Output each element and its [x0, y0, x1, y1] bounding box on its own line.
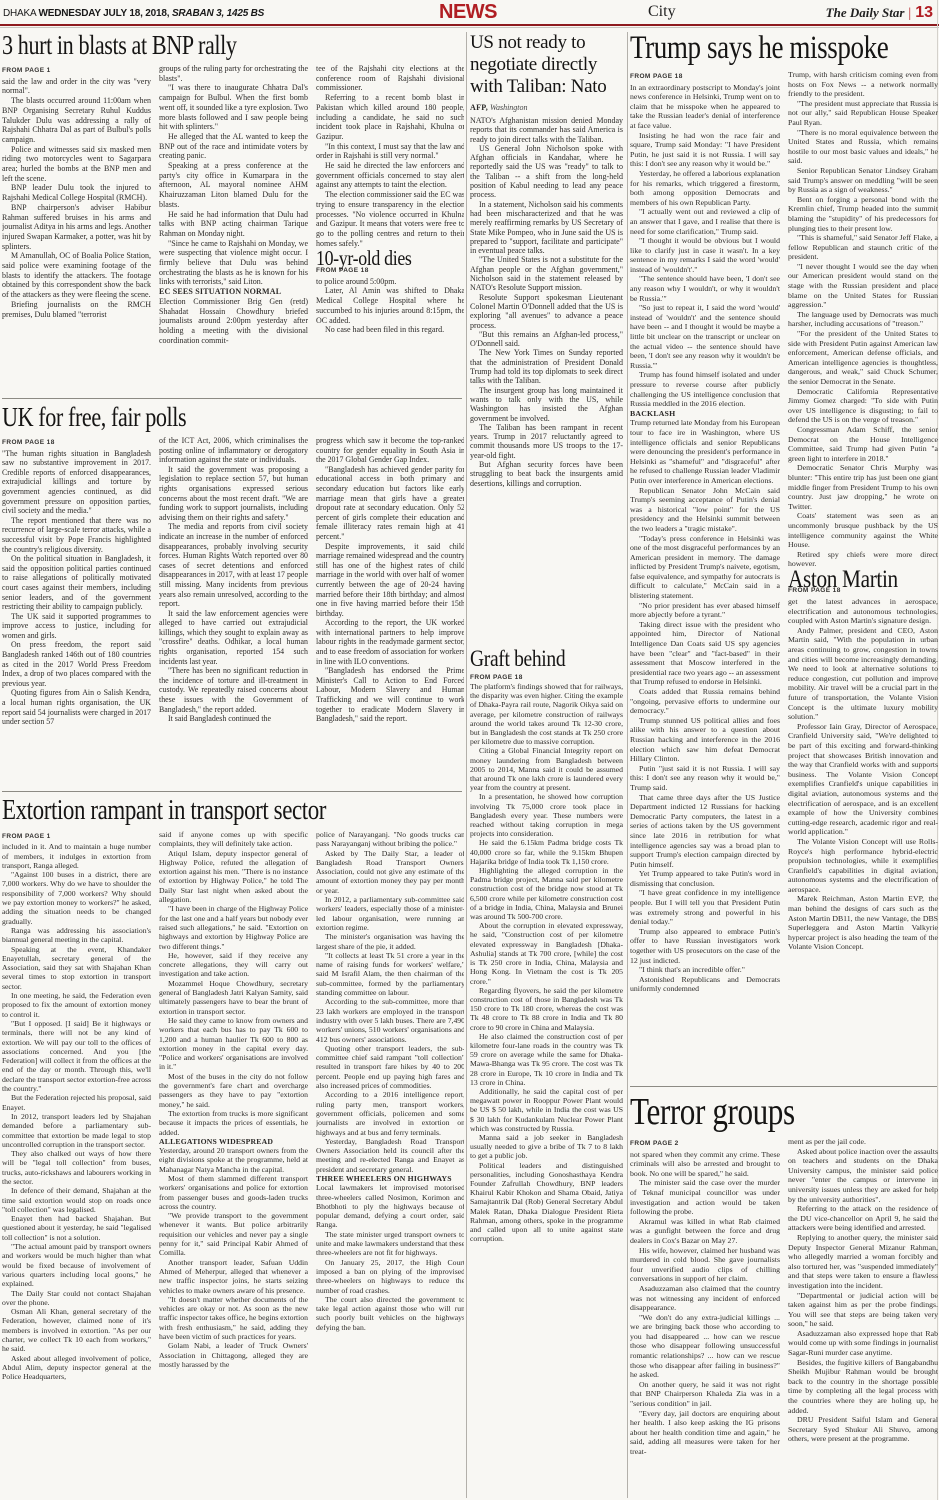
- column-text: NATO's Afghanistan mission denied Monday…: [470, 116, 623, 488]
- paragraph: Trump, with harsh criticism coming even …: [788, 70, 938, 99]
- column-text: included in it. And to maintain a huge n…: [2, 842, 151, 1381]
- article-terror-headline: Terror groups: [630, 1090, 883, 1134]
- paragraph: In a presentation, he showed how corrupt…: [470, 792, 623, 838]
- paragraph: to police around 5:00pm.: [316, 277, 464, 287]
- column: FROM PAGE 1 said the law and order in th…: [2, 64, 151, 345]
- article-divider: [630, 1086, 937, 1087]
- article-aston-headline: Aston Martin: [788, 575, 916, 585]
- gray-rule: [0, 27, 939, 28]
- column-text: not spared when they commit any crime. T…: [630, 1150, 780, 1457]
- paragraph: He said they came to know from owners an…: [159, 1016, 308, 1072]
- paragraph: Election Commissioner Brig Gen (retd) Sh…: [159, 297, 308, 346]
- paragraph: It said the government was proposing a l…: [159, 465, 308, 523]
- paragraph: "The United States is not a substitute f…: [470, 255, 623, 292]
- dateline: DHAKA WEDNESDAY JULY 18, 2018, SRABAN 3,…: [3, 8, 264, 19]
- paragraph: Manna said a job seeker in Bangladesh us…: [470, 1133, 623, 1161]
- column: FROM PAGE 1 included in it. And to maint…: [2, 830, 151, 1382]
- paragraph: About the corruption in elevated express…: [470, 921, 623, 985]
- paragraph: Yesterday, Bangladesh Road Transport Own…: [316, 1137, 464, 1174]
- paragraph: Besides, the fugitive killers of Bangaba…: [788, 1358, 938, 1416]
- column: said if anyone comes up with specific co…: [159, 830, 308, 1382]
- paragraph: He, however, said if they receive any co…: [159, 951, 308, 979]
- paragraph: Andy Palmer, president and CEO, Aston Ma…: [788, 626, 938, 722]
- column: groups of the ruling party for orchestra…: [159, 64, 308, 345]
- paragraph: Golam Nabi, a leader of Truck Owners' As…: [159, 1341, 308, 1369]
- paragraph: Ranga was addressing his association's b…: [2, 926, 151, 945]
- subsection-label: City: [643, 3, 681, 21]
- paragraph: Astonished Republicans and Democrats uni…: [630, 975, 780, 994]
- masthead-separator: |: [908, 6, 911, 21]
- article-divider: [2, 398, 462, 399]
- paragraph: The court also directed the government t…: [316, 1295, 464, 1332]
- paragraph: The New York Times on Sunday reported th…: [470, 348, 623, 385]
- paragraph: Asaduzzaman also expressed hope that Rab…: [788, 1329, 938, 1358]
- paragraph: "I never thought I would see the day whe…: [788, 262, 938, 310]
- paragraph: Democratic Senator Chris Murphy was blun…: [788, 463, 938, 511]
- column-text: get the latest advances in aerospace, el…: [788, 597, 938, 952]
- paragraph: In one meeting, he said, the Federation …: [2, 991, 151, 1019]
- column: tee of the Rajshahi city elections at th…: [316, 64, 464, 345]
- article-nato-headline: US not ready to negotiate directly with …: [470, 32, 624, 98]
- paragraph: Coats' statement was seen as an uncommon…: [788, 511, 938, 549]
- red-rule: [0, 24, 939, 26]
- paragraph: Senior Republican Senator Lindsey Graham…: [788, 166, 938, 195]
- byline-agency: AFP,: [470, 103, 488, 112]
- paragraph: M Amanullah, OC of Boalia Police Station…: [2, 251, 151, 300]
- paragraph: "I was there to inaugurate Chhatra Dal's…: [159, 83, 308, 132]
- paragraph: Trump also appeared to embrace Putin's o…: [630, 927, 780, 965]
- paragraph: "So just to repeat it, I said the word '…: [630, 303, 780, 370]
- article-extortion-columns: FROM PAGE 1 included in it. And to maint…: [2, 830, 464, 1382]
- paragraph: get the latest advances in aerospace, el…: [788, 597, 938, 626]
- paragraph: "For the president of the United States …: [788, 329, 938, 387]
- from-page-label: FROM PAGE 1: [2, 832, 151, 841]
- column: Trump, with harsh criticism coming even …: [788, 70, 938, 994]
- paragraph: "This is shameful," said Senator Jeff Fl…: [788, 233, 938, 262]
- paragraph: Congressman Adam Schiff, the senior Demo…: [788, 425, 938, 463]
- page-number: 13: [915, 4, 933, 21]
- paragraph: But the Federation rejected his proposal…: [2, 1093, 151, 1112]
- paragraph: According to the report, the UK worked w…: [316, 618, 464, 666]
- column-text: said the law and order in the city was "…: [2, 77, 151, 320]
- column-text: Trump, with harsh criticism coming even …: [788, 70, 938, 569]
- paragraph: Atiqul Islam, deputy inspector general o…: [159, 849, 308, 905]
- from-page-label: FROM PAGE 1: [2, 66, 151, 76]
- paragraph: "But this remains an Afghan-led process,…: [470, 330, 623, 349]
- paragraph: Police and witnesses said six masked men…: [2, 145, 151, 184]
- column-text: progress which saw it become the top-ran…: [316, 436, 464, 724]
- paragraph: The Taliban has been rampant in recent y…: [470, 423, 623, 460]
- paragraph: Regarding flyovers, he said the per kilo…: [470, 986, 623, 1032]
- paragraph: Trump stunned US political allies and fo…: [630, 716, 780, 764]
- paragraph: Democratic California Representative Jim…: [788, 387, 938, 425]
- paragraph: The election commissioner said the EC wa…: [316, 190, 464, 248]
- paragraph: The report mentioned that there was no r…: [2, 516, 151, 554]
- paragraph: "I have great confidence in my intellige…: [630, 888, 780, 926]
- paragraph: But Afghan security forces have been str…: [470, 460, 623, 488]
- paragraph: No case had been filed in this regard.: [316, 325, 464, 335]
- paragraph: In defence of their demand, Shajahan at …: [2, 1186, 151, 1214]
- paragraph: Local lawmakers let improvised motorised…: [316, 1183, 464, 1229]
- paragraph: Asked about police inaction over the ass…: [788, 1147, 938, 1205]
- paragraph: Enayet then had backed Shajahan. But que…: [2, 1214, 151, 1242]
- paragraph: Putin "just said it is not Russia. I wil…: [630, 764, 780, 793]
- column: ment as per the jail code.Asked about po…: [788, 1137, 938, 1457]
- paragraph: "I actually went out and reviewed a clip…: [630, 207, 780, 236]
- paragraph: The minister said the case over the murd…: [630, 1178, 780, 1216]
- paragraph: BACKLASH: [630, 409, 780, 419]
- paragraph: "The president must appreciate that Russ…: [788, 99, 938, 128]
- paragraph: said if anyone comes up with specific co…: [159, 830, 308, 849]
- paragraph: Insisting he had won the race fair and s…: [630, 131, 780, 169]
- from-page-label: FROM PAGE 18: [630, 72, 780, 82]
- paragraph: Bent on forging a personal bond with the…: [788, 195, 938, 233]
- paragraph: He said the 6.15km Padma bridge costs Tk…: [470, 838, 623, 866]
- paragraph: Resolute Support spokesman Lieutenant Co…: [470, 293, 623, 330]
- paragraph: The state minister urged transport owner…: [316, 1230, 464, 1258]
- paragraph: Coats added that Russia remains behind "…: [630, 687, 780, 716]
- paragraph: In 2012, a parliamentary sub-committee s…: [316, 895, 464, 932]
- paragraph: Marek Reichman, Aston Martin EVP, the ma…: [788, 894, 938, 952]
- paragraph: "Since he came to Rajshahi on Monday, we…: [159, 239, 308, 288]
- column: FROM PAGE 2 not spared when they commit …: [630, 1137, 780, 1457]
- paragraph: Political leaders and distinguished pers…: [470, 1161, 623, 1244]
- article-graft-headline: Graft behind: [470, 646, 601, 672]
- paragraph: "I think that's an incredible offer.": [630, 965, 780, 975]
- paragraph: "The human rights situation in Banglades…: [2, 449, 151, 516]
- paragraph: Referring to the attack on the residence…: [788, 1204, 938, 1233]
- paragraph: On another query, he said it was not rig…: [630, 1380, 780, 1409]
- paragraph: In an extraordinary postscript to Monday…: [630, 83, 780, 131]
- paragraph: included in it. And to maintain a huge n…: [2, 842, 151, 870]
- paragraph: The platform's findings showed that for …: [470, 682, 623, 746]
- paragraph: "But I opposed. [I said] Be it highways …: [2, 1019, 151, 1093]
- paragraph: He also claimed the construction cost of…: [470, 1032, 623, 1087]
- paragraph: ment as per the jail code.: [788, 1137, 938, 1147]
- masthead-title: The Daily Star: [826, 5, 905, 20]
- paragraph: said the law and order in the city was "…: [2, 77, 151, 96]
- paragraph: That came three days after the US Justic…: [630, 793, 780, 870]
- article-blasts: 3 hurt in blasts at BNP rally FROM PAGE …: [2, 30, 464, 396]
- article-uk-columns: FROM PAGE 18 "The human rights situation…: [2, 436, 464, 727]
- column-text: In an extraordinary postscript to Monday…: [630, 83, 780, 994]
- article-uk-headline: UK for free, fair polls: [2, 402, 381, 433]
- paragraph: "I have been in charge of the Highway Po…: [159, 904, 308, 950]
- paragraph: Despite improvements, it said child marr…: [316, 542, 464, 619]
- paragraph: "Bangladesh has achieved gender parity f…: [316, 465, 464, 542]
- column-text: said if anyone comes up with specific co…: [159, 830, 308, 1369]
- article-uk-polls: UK for free, fair polls FROM PAGE 18 "Th…: [2, 402, 464, 788]
- paragraph: Another transport leader, Safuan Uddin A…: [159, 1258, 308, 1295]
- paragraph: Yesterday, around 20 transport owners fr…: [159, 1146, 308, 1174]
- paragraph: It said Bangladesh continued the: [159, 714, 308, 724]
- dateline-date: WEDNESDAY JULY 18, 2018,: [39, 8, 170, 19]
- paragraph: In a statement, Nicholson said his comme…: [470, 200, 623, 256]
- from-page-label: FROM PAGE 18: [470, 674, 624, 681]
- article-graft: Graft behind FROM PAGE 18 The platform's…: [470, 646, 624, 1498]
- paragraph: "There is no moral equivalence between t…: [788, 128, 938, 166]
- paragraph: "In this context, I must say that the la…: [316, 142, 464, 161]
- paragraph: Quoting figures from Ain o Salish Kendra…: [2, 688, 151, 726]
- paragraph: Trump has found himself isolated and und…: [630, 370, 780, 408]
- paragraph: The extortion from trucks is more signif…: [159, 1109, 308, 1137]
- article-blasts-headline: 3 hurt in blasts at BNP rally: [2, 30, 381, 61]
- dateline-city: DHAKA: [3, 8, 36, 19]
- paragraph: They also chalked out ways of how there …: [2, 1149, 151, 1186]
- article-trump: Trump says he misspoke FROM PAGE 18 In a…: [630, 30, 938, 1084]
- column-text: "The human rights situation in Banglades…: [2, 449, 151, 727]
- paragraph: The UK said it supported programmes to i…: [2, 612, 151, 641]
- paragraph: "No prior president has ever abased hims…: [630, 601, 780, 620]
- paragraph: police of Narayanganj. "No goods trucks …: [316, 830, 464, 849]
- paragraph: He said he directed the law enforcers an…: [316, 161, 464, 190]
- column: of the ICT Act, 2006, which criminalises…: [159, 436, 308, 727]
- paragraph: "It collects at least Tk 51 crore a year…: [316, 951, 464, 997]
- paragraph: On the political situation in Bangladesh…: [2, 554, 151, 612]
- paragraph: "Every day, jail doctors are enquiring a…: [630, 1409, 780, 1457]
- article-extortion: Extortion rampant in transport sector FR…: [2, 795, 464, 1498]
- article-10yrold-headline: 10-yr-old dies: [316, 254, 443, 264]
- paragraph: EC SEES SITUATION NORMAL: [159, 287, 308, 297]
- paragraph: Asaduzzaman also claimed that the countr…: [630, 1284, 780, 1313]
- paragraph: DRU President Saiful Islam and General S…: [788, 1415, 938, 1444]
- paragraph: In 2012, transport leaders led by Shajah…: [2, 1112, 151, 1149]
- column-text: The platform's findings showed that for …: [470, 682, 623, 1243]
- paragraph: "Bangladesh has endorsed the Prime Minis…: [316, 666, 464, 724]
- paragraph: The Daily Star could not contact Shajaha…: [2, 1289, 151, 1308]
- paragraph: progress which saw it become the top-ran…: [316, 436, 464, 465]
- paragraph: Yet Trump appeared to take Putin's word …: [630, 869, 780, 888]
- paragraph: Speaking at the event, Khandaker Enayetu…: [2, 945, 151, 991]
- paragraph: The minister's organisation was having t…: [316, 932, 464, 951]
- paragraph: According to the sub-committee, more tha…: [316, 997, 464, 1043]
- paragraph: Asked by The Daily Star, a leader of Ban…: [316, 849, 464, 895]
- paragraph: "The actual amount paid by transport own…: [2, 1242, 151, 1288]
- paragraph: Akramul was killed in what Rab claimed w…: [630, 1217, 780, 1246]
- article-nato: US not ready to negotiate directly with …: [470, 32, 624, 644]
- column-divider: [466, 32, 467, 1498]
- paragraph: The language used by Democrats was much …: [788, 310, 938, 329]
- paragraph: Replying to another query, the minister …: [788, 1233, 938, 1291]
- paragraph: "We provide transport to the government …: [159, 1211, 308, 1257]
- paragraph: of the ICT Act, 2006, which criminalises…: [159, 436, 308, 465]
- paragraph: He said he had information that Dulu had…: [159, 210, 308, 239]
- article-10yrold: 10-yr-old dies FROM PAGE 18 to police ar…: [316, 254, 464, 335]
- paragraph: NATO's Afghanistan mission denied Monday…: [470, 116, 623, 144]
- paragraph: He alleged that the AL wanted to keep th…: [159, 132, 308, 161]
- byline: AFP, Washington: [470, 103, 624, 112]
- paragraph: "Today's press conference in Helsinki wa…: [630, 534, 780, 601]
- article-trump-columns: FROM PAGE 18 In an extraordinary postscr…: [630, 70, 938, 994]
- paragraph: Mozammel Hoque Chowdhury, secretary gene…: [159, 979, 308, 1016]
- article-extortion-headline: Extortion rampant in transport sector: [2, 795, 381, 827]
- paragraph: Citing a Global Financial Integrity repo…: [470, 746, 623, 792]
- paragraph: It said the law enforcement agencies wer…: [159, 609, 308, 667]
- column-text: of the ICT Act, 2006, which criminalises…: [159, 436, 308, 724]
- paragraph: Highlighting the alleged corruption in t…: [470, 866, 623, 921]
- paragraph: On January 25, 2017, the High Court impo…: [316, 1258, 464, 1295]
- paragraph: Quoting other transport leaders, the sub…: [316, 1044, 464, 1090]
- article-blasts-columns: FROM PAGE 1 said the law and order in th…: [2, 64, 464, 345]
- article-aston-martin: Aston Martin FROM PAGE 18 get the latest…: [788, 575, 938, 952]
- dateline-bangla-date: SRABAN 3, 1425 BS: [172, 8, 264, 19]
- paragraph: Briefing journalists on the RMCH premise…: [2, 300, 151, 319]
- paragraph: "I thought it would be obvious but I wou…: [630, 236, 780, 274]
- paragraph: "There has been no significant reduction…: [159, 666, 308, 714]
- column-text: groups of the ruling party for orchestra…: [159, 64, 308, 345]
- paragraph: Professor Iain Gray, Director of Aerospa…: [788, 722, 938, 837]
- paragraph: BNP chairperson's adviser Habibur Rahman…: [2, 203, 151, 252]
- article-divider: [2, 791, 462, 792]
- paragraph: Later, Al Amin was shifted to Dhaka Medi…: [316, 286, 464, 325]
- paragraph: Speaking at a press conference at the pa…: [159, 161, 308, 210]
- column-text: ment as per the jail code.Asked about po…: [788, 1137, 938, 1444]
- column-divider: [627, 32, 628, 1498]
- page-header: DHAKA WEDNESDAY JULY 18, 2018, SRABAN 3,…: [0, 0, 939, 30]
- paragraph: ALLEGATIONS WIDESPREAD: [159, 1137, 308, 1146]
- section-label: NEWS: [432, 1, 504, 24]
- paragraph: Most of the buses in the city do not fol…: [159, 1072, 308, 1109]
- masthead: The Daily Star|13: [823, 4, 936, 22]
- paragraph: Yesterday, he offered a laborious explan…: [630, 169, 780, 207]
- paragraph: Osman Ali Khan, general secretary of the…: [2, 1307, 151, 1353]
- paragraph: The blasts occurred around 11:00am when …: [2, 96, 151, 145]
- column: progress which saw it become the top-ran…: [316, 436, 464, 727]
- paragraph: On press freedom, the report said Bangla…: [2, 640, 151, 688]
- paragraph: US General John Nicholson spoke with Afg…: [470, 144, 623, 200]
- column: FROM PAGE 18 "The human rights situation…: [2, 436, 151, 727]
- from-page-label: FROM PAGE 2: [630, 1139, 780, 1149]
- column-text: police of Narayanganj. "No goods trucks …: [316, 830, 464, 1332]
- column-text: tee of the Rajshahi city elections at th…: [316, 64, 464, 248]
- paragraph: The Volante Vision Concept will use Roll…: [788, 837, 938, 895]
- paragraph: His wife, however, claimed her husband w…: [630, 1246, 780, 1284]
- paragraph: Republican Senator John McCain said Trum…: [630, 486, 780, 534]
- column: police of Narayanganj. "No goods trucks …: [316, 830, 464, 1382]
- paragraph: "It doesn't matter whether documents of …: [159, 1295, 308, 1341]
- article-trump-headline: Trump says he misspoke: [630, 30, 883, 67]
- paragraph: "Against 100 buses in a district, there …: [2, 870, 151, 926]
- paragraph: Additionally, he said the capital cost o…: [470, 1087, 623, 1133]
- paragraph: Taking direct issue with the president w…: [630, 620, 780, 687]
- paragraph: THREE WHEELERS ON HIGHWAYS: [316, 1174, 464, 1183]
- paragraph: BNP leader Dulu took the injured to Rajs…: [2, 183, 151, 202]
- paragraph: "Departmental or judicial action will be…: [788, 1291, 938, 1329]
- byline-place: Washington: [490, 103, 528, 112]
- paragraph: Asked about alleged involvement of polic…: [2, 1354, 151, 1382]
- paragraph: "The sentence should have been, 'I don't…: [630, 274, 780, 303]
- newspaper-page: DHAKA WEDNESDAY JULY 18, 2018, SRABAN 3,…: [0, 0, 939, 1500]
- paragraph: Most of them slammed different transport…: [159, 1174, 308, 1211]
- paragraph: The media and reports from civil society…: [159, 522, 308, 608]
- paragraph: groups of the ruling party for orchestra…: [159, 64, 308, 83]
- article-terror-columns: FROM PAGE 2 not spared when they commit …: [630, 1137, 938, 1457]
- column-text: to police around 5:00pm.Later, Al Amin w…: [316, 277, 464, 335]
- column: FROM PAGE 18 In an extraordinary postscr…: [630, 70, 780, 994]
- paragraph: Referring to a recent bomb blast in Paki…: [316, 93, 464, 142]
- paragraph: "We don't do any extra-judicial killings…: [630, 1313, 780, 1380]
- paragraph: Trump returned late Monday from his Euro…: [630, 418, 780, 485]
- paragraph: The insurgent group has long maintained …: [470, 386, 623, 423]
- paragraph: not spared when they commit any crime. T…: [630, 1150, 780, 1179]
- article-terror: Terror groups FROM PAGE 2 not spared whe…: [630, 1090, 938, 1500]
- from-page-label: FROM PAGE 18: [2, 438, 151, 448]
- paragraph: According to a 2016 intelligence report,…: [316, 1090, 464, 1136]
- paragraph: tee of the Rajshahi city elections at th…: [316, 64, 464, 93]
